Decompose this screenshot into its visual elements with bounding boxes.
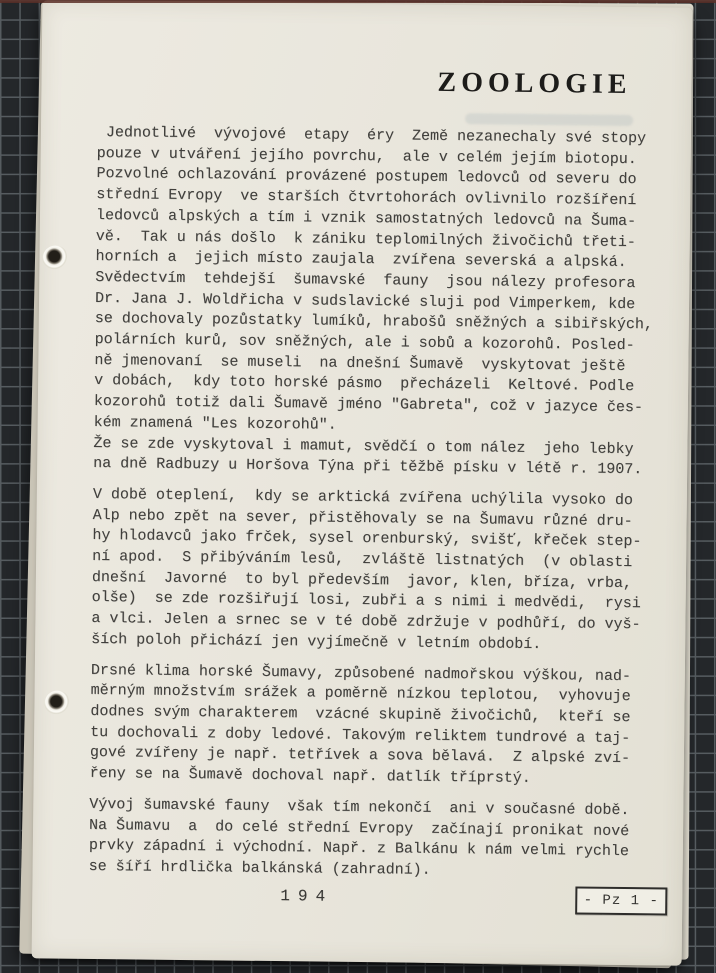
scan-background: ZOOLOGIE Jednotlivé vývojové etapy éry Z… <box>0 0 716 973</box>
paragraph-2: Že se zde vyskytoval i mamut, svědčí o t… <box>93 433 659 481</box>
punch-hole-bottom <box>44 690 70 716</box>
paragraph-1: Jednotlivé vývojové etapy éry Země nezan… <box>94 123 663 440</box>
stamp-box: - Pz 1 - <box>575 886 667 915</box>
scanner-edge-line <box>0 0 716 3</box>
page-number: 194 <box>280 887 333 906</box>
paragraph-3: V době oteplení, kdy se arktická zvířena… <box>91 485 659 657</box>
paragraph-4: Drsné klima horské Šumavy, způsobené nad… <box>90 661 657 792</box>
paragraph-5: Vývoj šumavské fauny však tím nekončí an… <box>89 795 656 884</box>
body-text: Jednotlivé vývojové etapy éry Země nezan… <box>89 123 664 884</box>
ink-smudge <box>465 113 633 126</box>
page-title: ZOOLOGIE <box>437 67 631 101</box>
document-page: ZOOLOGIE Jednotlivé vývojové etapy éry Z… <box>32 0 693 965</box>
punch-hole-top <box>42 245 68 271</box>
